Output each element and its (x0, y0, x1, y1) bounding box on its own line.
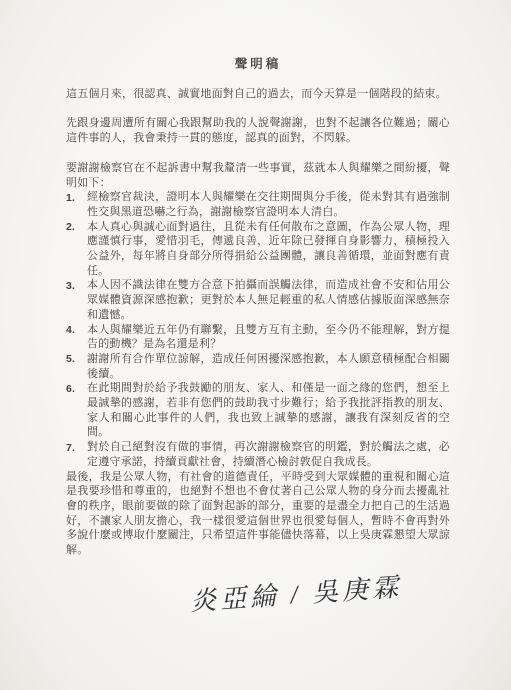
item-text: 謝謝所有合作單位諒解，造成任何困擾深感抱歉，本人願意積極配合相關後續。 (87, 352, 450, 381)
item-text: 對於自己絕對沒有做的事情，再次謝謝檢察官的明鑑，對於觸法之處，必定遵守承諾，持續… (87, 440, 450, 469)
item-text: 經檢察官裁決，證明本人與耀樂在交往期間與分手後，從未對其有過強制性交與黑道恐嚇之… (87, 190, 450, 219)
item-number: 1. (66, 190, 87, 205)
closing-paragraph: 最後，我是公眾人物，有社會的道德責任，平時受到大眾媒體的重視和關心這是我要珍惜和… (66, 470, 450, 558)
statement-item-6: 6. 在此期間對於給予我鼓勵的朋友、家人、和僅是一面之緣的您們，想至上最誠摯的感… (66, 381, 450, 440)
intro-paragraph-3: 要謝謝檢察官在不起訴書中幫我釐清一些事實，茲就本人與耀樂之間紛擾，聲明如下： (66, 161, 450, 190)
statement-item-3: 3. 本人因不識法律在雙方合意下拍攝而誤觸法律，而造成社會不安和佔用公眾媒體資源… (66, 278, 450, 322)
item-number: 4. (66, 323, 87, 338)
statement-item-7: 7. 對於自己絕對沒有做的事情，再次謝謝檢察官的明鑑，對於觸法之處，必定遵守承諾… (66, 440, 450, 469)
item-number: 6. (66, 381, 87, 396)
item-text: 本人與耀樂近五年仍有聯繫，且雙方互有主動，至今仍不能理解，對方提告的動機？是為名… (87, 323, 450, 352)
item-number: 5. (66, 352, 87, 367)
statement-list: 1. 經檢察官裁決，證明本人與耀樂在交往期間與分手後，從未對其有過強制性交與黑道… (66, 190, 450, 469)
item-number: 7. (66, 440, 87, 455)
statement-item-1: 1. 經檢察官裁決，證明本人與耀樂在交往期間與分手後，從未對其有過強制性交與黑道… (66, 190, 450, 219)
scanned-statement-page: 聲明稿 這五個月來，很認真、誠實地面對自己的過去，而今天算是一個階段的結束。 先… (0, 0, 511, 690)
item-number: 2. (66, 220, 87, 235)
statement-item-4: 4. 本人與耀樂近五年仍有聯繫，且雙方互有主動，至今仍不能理解，對方提告的動機？… (66, 323, 450, 352)
intro-paragraph-2: 先跟身邊周遭所有關心我跟幫助我的人說聲謝謝，也對不起讓各位難過；關心這件事的人，… (66, 116, 450, 145)
intro-paragraph-1: 這五個月來，很認真、誠實地面對自己的過去，而今天算是一個階段的結束。 (66, 87, 450, 102)
item-text: 本人真心與誠心面對過往，且從未有任何散布之意圖，作為公眾人物，理應謹慎行事，愛惜… (87, 220, 450, 279)
handwritten-signature: 炎亞綸 / 吳庚霖 (190, 580, 403, 609)
item-text: 在此期間對於給予我鼓勵的朋友、家人、和僅是一面之緣的您們，想至上最誠摯的感謝，若… (87, 381, 450, 440)
item-number: 3. (66, 278, 87, 293)
statement-item-2: 2. 本人真心與誠心面對過往，且從未有任何散布之意圖，作為公眾人物，理應謹慎行事… (66, 220, 450, 279)
item-text: 本人因不識法律在雙方合意下拍攝而誤觸法律，而造成社會不安和佔用公眾媒體資源深感抱… (87, 278, 450, 322)
page-title: 聲明稿 (66, 57, 450, 72)
statement-item-5: 5. 謝謝所有合作單位諒解，造成任何困擾深感抱歉，本人願意積極配合相關後續。 (66, 352, 450, 381)
